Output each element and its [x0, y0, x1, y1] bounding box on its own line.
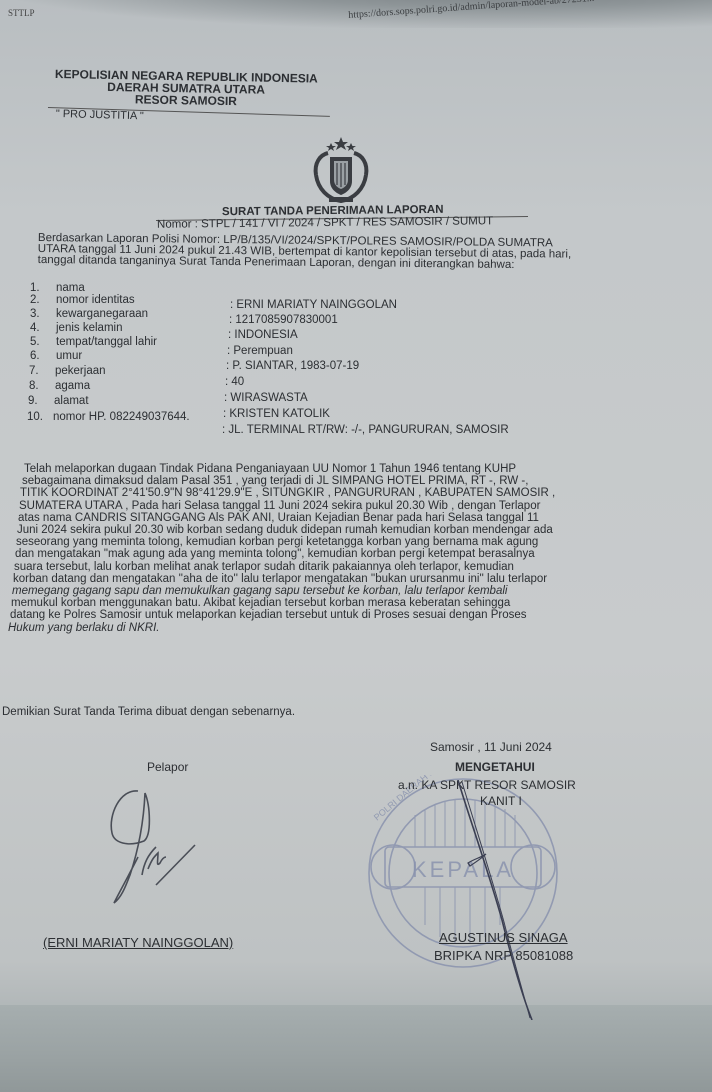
letterhead: KEPOLISIAN NEGARA REPUBLIK INDONESIA DAE… — [54, 68, 318, 109]
reporter-name: (ERNI MARIATY NAINGGOLAN) — [43, 935, 233, 950]
detail-value: : INDONESIA — [228, 329, 298, 341]
intro-paragraph: Berdasarkan Laporan Polisi Nomor: LP/B/1… — [38, 233, 650, 272]
detail-row: 9.alamat — [28, 395, 89, 407]
detail-value: : Perempuan — [227, 345, 293, 357]
detail-row: 3.kewarganegaraan — [30, 308, 148, 320]
report-line: atas nama CANDRIS SITANGGANG Als PAK ANI… — [8, 512, 658, 524]
officer-signature-icon — [440, 780, 540, 1020]
detail-value: : WIRASWASTA — [224, 392, 308, 404]
report-line: SUMATERA UTARA , Pada hari Selasa tangga… — [8, 500, 658, 512]
report-line: Telah melaporkan dugaan Tindak Pidana Pe… — [8, 463, 658, 475]
detail-value: : P. SIANTAR, 1983-07-19 — [226, 360, 359, 372]
report-line: seseorang yang meminta tolong, kemudian … — [8, 536, 658, 548]
report-line: Juni 2024 sekira pukul 20.30 wib korban … — [8, 524, 658, 536]
detail-label: tempat/tanggal lahir — [56, 336, 157, 348]
detail-value: : JL. TERMINAL RT/RW: -/-, PANGURURAN, S… — [222, 424, 509, 436]
police-emblem-icon — [302, 135, 380, 207]
place-date: Samosir , 11 Juni 2024 — [430, 740, 552, 754]
detail-label: pekerjaan — [55, 365, 106, 377]
detail-row: 4.jenis kelamin — [30, 322, 122, 334]
detail-value: : 1217085907830001 — [229, 314, 338, 326]
report-body: Telah melaporkan dugaan Tindak Pidana Pe… — [8, 463, 658, 634]
detail-value: : ERNI MARIATY NAINGGOLAN — [230, 299, 397, 311]
detail-row: 2.nomor identitas — [30, 294, 135, 306]
detail-row: 8.agama — [29, 380, 90, 392]
detail-label: kewarganegaraan — [56, 308, 148, 320]
report-line: memegang gagang sapu dan memukulkan gaga… — [8, 585, 658, 597]
pro-justitia: " PRO JUSTITIA " — [56, 108, 144, 122]
report-line: memukul korban menggunakan batu. Akibat … — [8, 597, 658, 609]
detail-row: 6.umur — [30, 350, 82, 362]
report-line: TITIK KOORDINAT 2°41'50.9"N 98°41'29.9"E… — [8, 487, 658, 499]
detail-row: 1.nama — [30, 282, 85, 294]
reporter-label: Pelapor — [147, 760, 188, 774]
report-line: datang ke Polres Samosir untuk melaporka… — [8, 609, 658, 621]
document-number: Nomor : STPL / 141 / VI / 2024 / SPKT / … — [157, 215, 493, 231]
detail-label: nama — [56, 282, 85, 294]
report-line: dan mengatakan "mak agung ada yang memin… — [8, 548, 658, 560]
detail-label: nomor HP. 082249037644. — [53, 411, 190, 423]
detail-row: 7.pekerjaan — [29, 365, 106, 377]
report-line: Hukum yang berlaku di NKRI. — [8, 622, 658, 634]
detail-label: alamat — [54, 395, 89, 407]
officer-rank: BRIPKA NRP 85081088 — [434, 948, 573, 963]
report-line: korban datang dan mengatakan ''aha de it… — [8, 573, 658, 585]
print-code: STTLP — [8, 8, 35, 18]
report-line: sebagaimana dimaksud dalam Pasal 351 , y… — [8, 475, 658, 487]
detail-label: agama — [55, 380, 90, 392]
reporter-signature-icon — [100, 785, 210, 905]
detail-row: 10.nomor HP. 082249037644. — [27, 411, 190, 423]
report-line: suara tersebut, lalu korban melihat anak… — [8, 561, 658, 573]
detail-label: jenis kelamin — [56, 322, 122, 334]
acknowledged-label: MENGETAHUI — [455, 760, 535, 774]
detail-value: : KRISTEN KATOLIK — [223, 408, 330, 420]
paper-bottom-edge — [0, 1005, 712, 1092]
detail-value: : 40 — [225, 376, 244, 388]
detail-label: nomor identitas — [56, 294, 135, 306]
closing-statement: Demikian Surat Tanda Terima dibuat denga… — [2, 706, 295, 718]
detail-row: 5.tempat/tanggal lahir — [30, 336, 157, 348]
detail-label: umur — [56, 350, 82, 362]
officer-name: AGUSTINUS SINAGA — [439, 930, 568, 945]
